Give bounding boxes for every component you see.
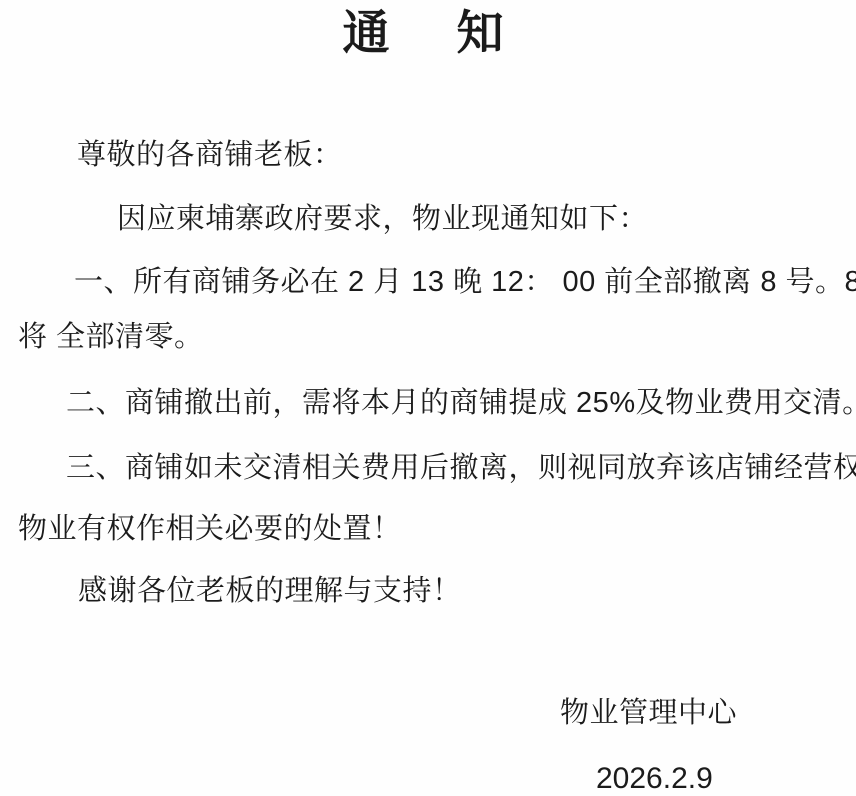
item-3-line-2: 物业有权作相关必要的处置！ <box>18 513 402 546</box>
salutation-line: 尊敬的各商铺老板： <box>77 139 343 172</box>
notice-document: 通 知 尊敬的各商铺老板： 因应柬埔寨政府要求，物业现通知如下： 一、所有商铺务… <box>0 0 856 796</box>
thanks-line: 感谢各位老板的理解与支持！ <box>78 575 462 608</box>
item-1-line-2: 将 全部清零。 <box>18 321 204 354</box>
signature-line: 物业管理中心 <box>560 697 737 730</box>
item-2-line: 二、商铺撤出前，需将本月的商铺提成 25%及物业费用交清。 <box>66 387 856 420</box>
item-3-line-1: 三、商铺如未交清相关费用后撤离，则视同放弃该店铺经营权， <box>66 452 856 485</box>
notice-title: 通 知 <box>0 6 856 60</box>
date-line: 2026.2.9 <box>596 762 713 795</box>
intro-line: 因应柬埔寨政府要求，物业现通知如下： <box>117 203 648 236</box>
item-1-line-1: 一、所有商铺务必在 2 月 13 晚 12： 00 前全部撤离 8 号。8 号 <box>74 266 856 299</box>
